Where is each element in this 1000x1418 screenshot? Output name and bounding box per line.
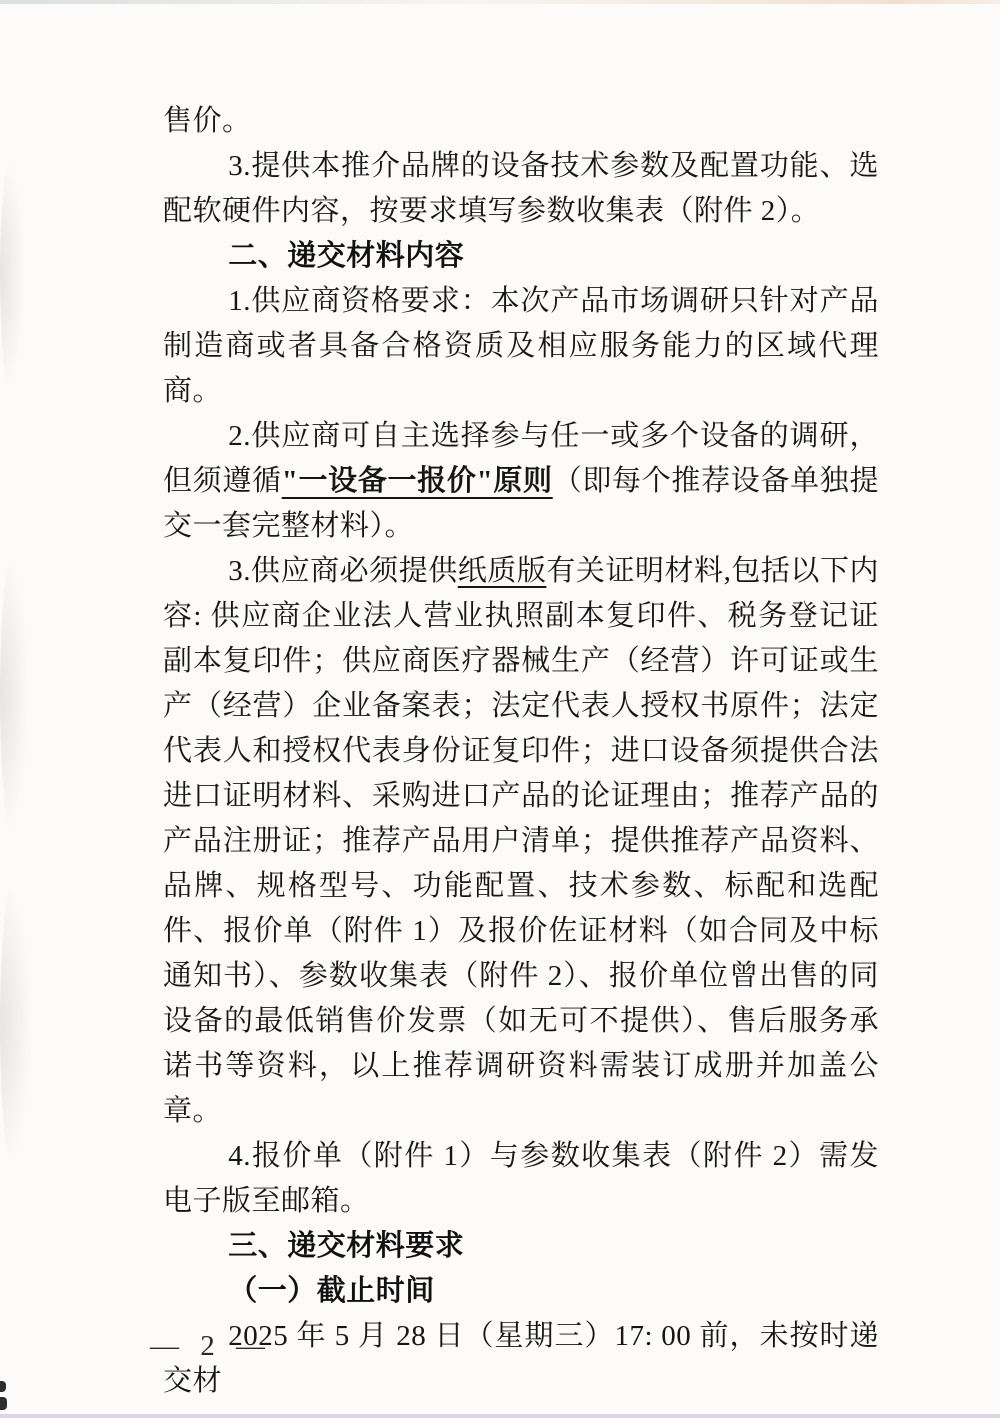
- paragraph-one-device-one-quote: 2.供应商可自主选择参与任一或多个设备的调研，但须遵循"一设备一报价"原则（即每…: [163, 414, 879, 549]
- scan-artifact-bottom-edge: [0, 1414, 1000, 1418]
- scan-artifact-left-speck: [0, 1381, 6, 1392]
- paragraph-supplier-qualification: 1.供应商资格要求：本次产品市场调研只针对产品制造商或者具备合格资质及相应服务能…: [163, 279, 879, 414]
- heading-deadline: （一）截止时间: [163, 1269, 879, 1314]
- heading-section-2: 二、递交材料内容: [163, 234, 879, 279]
- text-segment: 3.供应商必须提供: [228, 555, 458, 587]
- paragraph-paper-materials: 3.供应商必须提供纸质版有关证明材料,包括以下内容: 供应商企业法人营业执照副本…: [163, 549, 879, 1134]
- scan-artifact-left-speck: [0, 1397, 7, 1410]
- paragraph-electronic-copies: 4.报价单（附件 1）与参数收集表（附件 2）需发电子版至邮箱。: [163, 1134, 879, 1224]
- emphasis-paper-version: 纸质版: [458, 555, 547, 587]
- scan-artifact-left-smudge: [0, 545, 30, 845]
- paragraph-continuation: 售价。: [163, 99, 879, 144]
- heading-section-3: 三、递交材料要求: [163, 1224, 879, 1269]
- document-page: 售价。 3.提供本推介品牌的设备技术参数及配置功能、选配软硬件内容，按要求填写参…: [0, 0, 1000, 1418]
- text-segment: 有关证明材料,包括以下内容: 供应商企业法人营业执照副本复印件、税务登记证副本复…: [163, 555, 879, 1127]
- page-number: — 2 —: [150, 1330, 272, 1363]
- paragraph-item3-params: 3.提供本推介品牌的设备技术参数及配置功能、选配软硬件内容，按要求填写参数收集表…: [163, 144, 879, 234]
- scan-artifact-left-smudge: [0, 870, 32, 1180]
- document-body: 售价。 3.提供本推介品牌的设备技术参数及配置功能、选配软硬件内容，按要求填写参…: [163, 99, 879, 1404]
- scan-artifact-top-edge: [0, 0, 1000, 4]
- scan-artifact-left-smudge: [0, 150, 26, 400]
- emphasis-one-device-one-quote: "一设备一报价"原则: [282, 465, 553, 497]
